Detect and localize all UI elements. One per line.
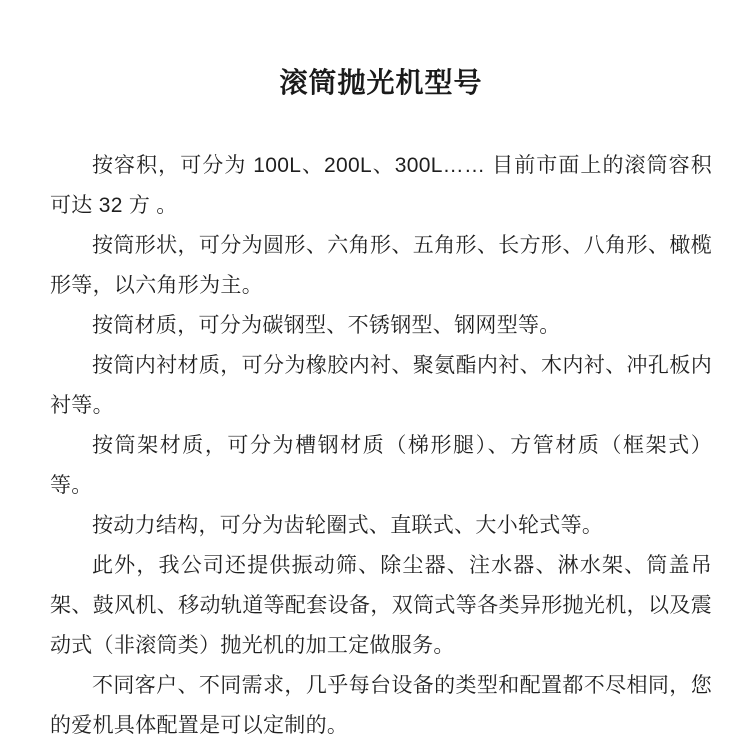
paragraph: 此外，我公司还提供振动筛、除尘器、注水器、淋水架、筒盖吊架、鼓风机、移动轨道等配… (50, 546, 712, 666)
paragraph: 按筒架材质，可分为槽钢材质（梯形腿）、方管材质（框架式）等。 (50, 426, 712, 506)
paragraph: 按筒内衬材质，可分为橡胶内衬、聚氨酯内衬、木内衬、冲孔板内衬等。 (50, 346, 712, 426)
document-content: 按容积，可分为 100L、200L、300L…… 目前市面上的滚筒容积可达 32… (50, 146, 712, 746)
page-title: 滚筒抛光机型号 (50, 0, 712, 102)
document-page: 滚筒抛光机型号 按容积，可分为 100L、200L、300L…… 目前市面上的滚… (0, 0, 750, 750)
paragraph: 按容积，可分为 100L、200L、300L…… 目前市面上的滚筒容积可达 32… (50, 146, 712, 226)
paragraph: 按筒形状，可分为圆形、六角形、五角形、长方形、八角形、橄榄形等，以六角形为主。 (50, 226, 712, 306)
paragraph: 按筒材质，可分为碳钢型、不锈钢型、钢网型等。 (50, 306, 712, 346)
paragraph: 不同客户、不同需求，几乎每台设备的类型和配置都不尽相同，您的爱机具体配置是可以定… (50, 666, 712, 746)
paragraph: 按动力结构，可分为齿轮圈式、直联式、大小轮式等。 (50, 506, 712, 546)
